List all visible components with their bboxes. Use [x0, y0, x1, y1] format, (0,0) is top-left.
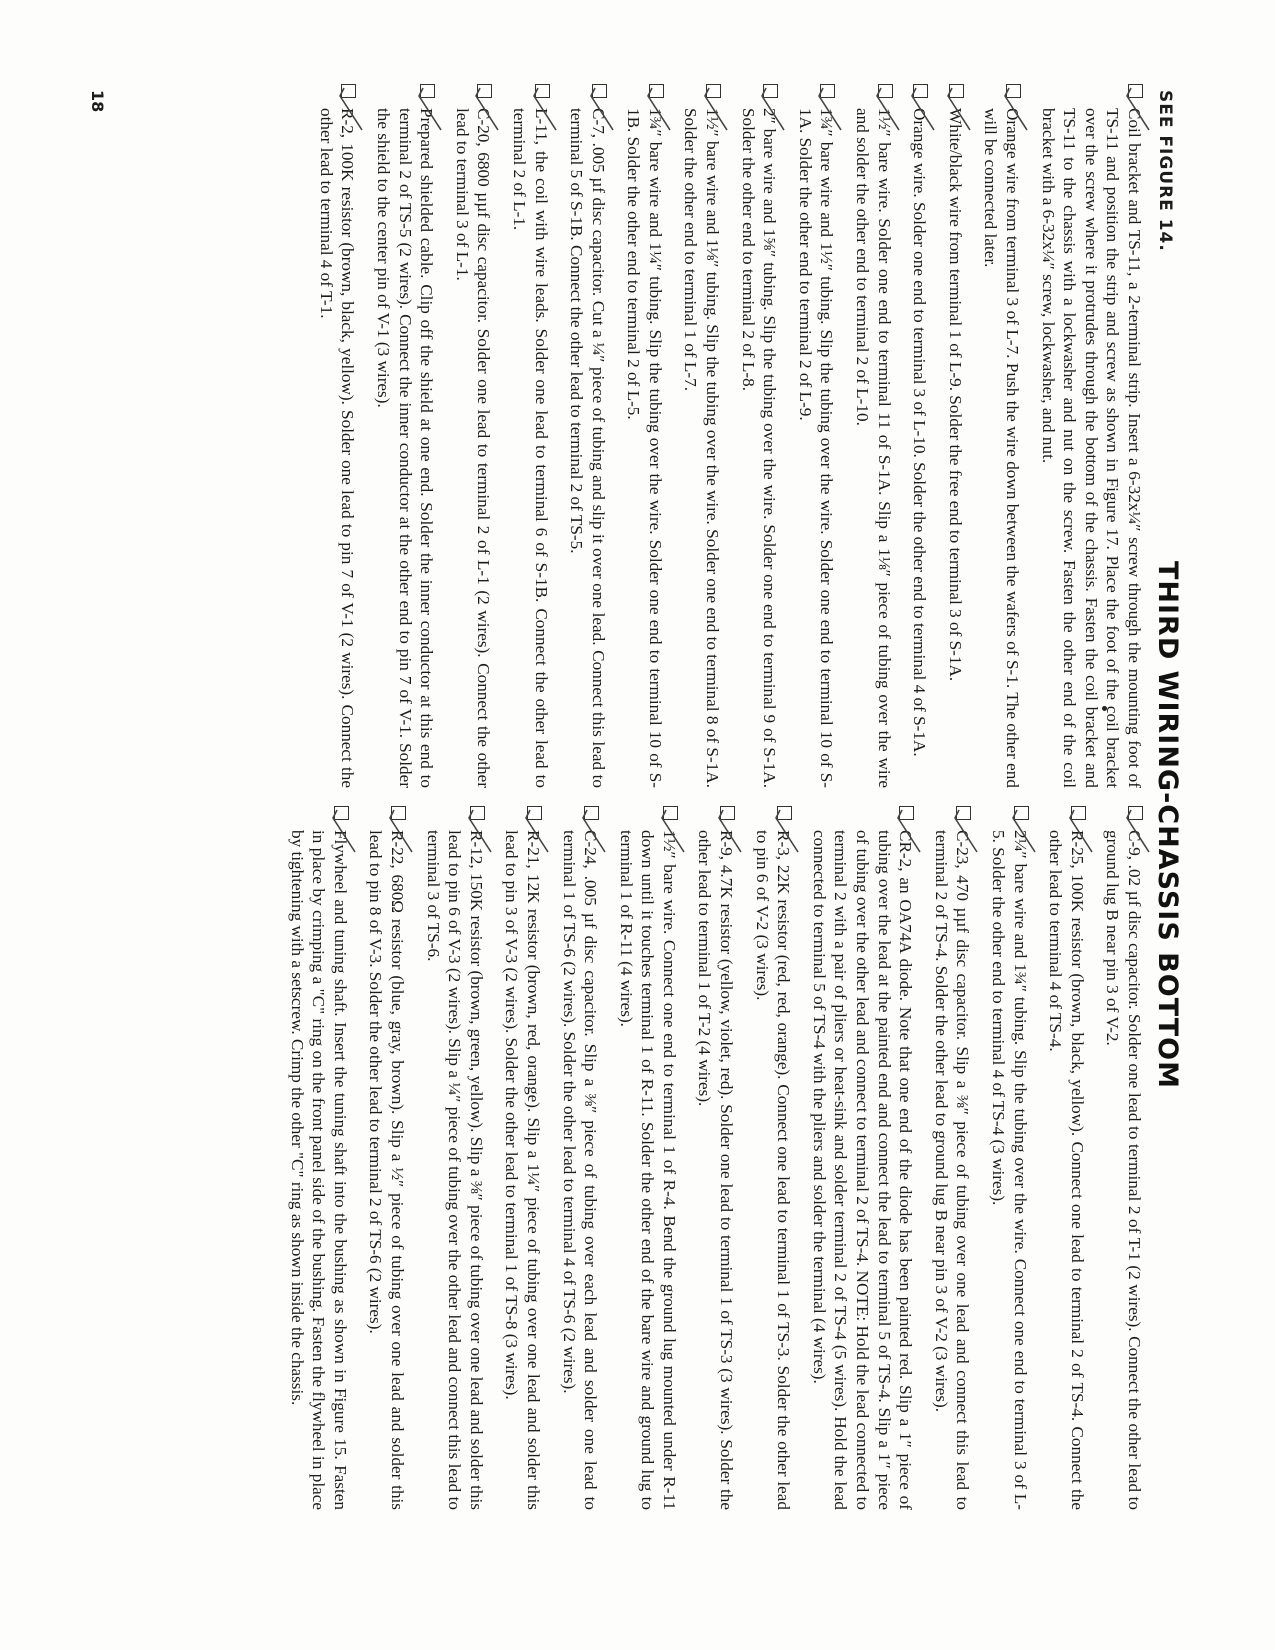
step-item: Orange wire. Solder one end to terminal … [909, 88, 931, 788]
step-text: 1½″ bare wire. Connect one end to termin… [617, 830, 679, 1510]
step-text: C-7, .005 µf disc capacitor. Cut a ¼″ pi… [567, 108, 608, 788]
checkbox[interactable] [1014, 806, 1029, 820]
step-item: Prepared shielded cable. Clip off the sh… [372, 88, 437, 788]
step-item: CR-2, an OA74A diode. Note that one end … [808, 810, 916, 1510]
step-text: R-25, 100K resistor (brown, black, yello… [1046, 830, 1087, 1510]
step-item: 1½″ bare wire. Connect one end to termin… [615, 810, 680, 1510]
checkbox[interactable] [777, 806, 792, 820]
checkbox[interactable] [949, 84, 964, 98]
step-text: R-22, 680Ω resistor (blue, gray, brown).… [366, 830, 407, 1510]
step-item: R-12, 150K resistor (brown, green, yello… [422, 810, 487, 1510]
step-item: R-9, 4.7K resistor (yellow, violet, red)… [694, 810, 737, 1510]
checkbox[interactable] [663, 806, 678, 820]
step-text: 1¾″ bare wire and 1½″ tubing. Slip the t… [796, 108, 837, 788]
checkbox[interactable] [706, 84, 721, 98]
checkbox[interactable] [1071, 806, 1086, 820]
step-text: CR-2, an OA74A diode. Note that one end … [810, 830, 915, 1510]
checkbox[interactable] [584, 806, 599, 820]
checkbox[interactable] [592, 84, 607, 98]
step-item: R-22, 680Ω resistor (blue, gray, brown).… [365, 810, 408, 1510]
step-text: White/black wire from terminal 1 of L-9.… [946, 108, 965, 681]
step-item: Coil bracket and TS-11, a 2-terminal str… [1037, 88, 1145, 788]
checkbox[interactable] [1006, 84, 1021, 98]
checkbox[interactable] [334, 806, 349, 820]
step-item: 1¾″ bare wire and 1¼″ tubing. Slip the t… [623, 88, 666, 788]
step-text: Orange wire from terminal 3 of L-7. Push… [981, 108, 1022, 788]
checkbox[interactable] [535, 84, 550, 98]
step-text: Flywheel and tuning shaft. Insert the tu… [288, 830, 350, 1510]
checkbox[interactable] [956, 806, 971, 820]
checkbox[interactable] [477, 84, 492, 98]
step-item: C-7, .005 µf disc capacitor. Cut a ¼″ pi… [566, 88, 609, 788]
step-text: Coil bracket and TS-11, a 2-terminal str… [1039, 108, 1144, 788]
checkbox[interactable] [420, 84, 435, 98]
step-item: R-2, 100K resistor (brown, black, yellow… [315, 88, 358, 788]
step-item: C-20, 6800 µµf disc capacitor. Solder on… [451, 88, 494, 788]
checkbox[interactable] [878, 84, 893, 98]
checkbox[interactable] [820, 84, 835, 98]
step-text: 2¼″ bare wire and 1¾″ tubing. Slip the t… [989, 830, 1030, 1510]
step-text: Prepared shielded cable. Clip off the sh… [374, 108, 436, 788]
step-item: R-3, 22K resistor (red, red, orange). Co… [751, 810, 794, 1510]
step-text: L-11, the coil with wire leads. Solder o… [510, 108, 551, 788]
step-item: L-11, the coil with wire leads. Solder o… [508, 88, 551, 788]
step-item: Flywheel and tuning shaft. Insert the tu… [286, 810, 351, 1510]
step-item: 2″ bare wire and 1⅝″ tubing. Slip the tu… [737, 88, 780, 788]
step-item: C-23, 470 µµf disc capacitor. Slip a ⅜″ … [930, 810, 973, 1510]
left-column: Coil bracket and TS-11, a 2-terminal str… [301, 88, 1145, 788]
page-number: 18 [88, 90, 107, 112]
step-item: C-24, .005 µf disc capacitor. Slip a ⅜″ … [558, 810, 601, 1510]
checkbox[interactable] [649, 84, 664, 98]
step-text: R-21, 12K resistor (brown, red, orange).… [502, 830, 543, 1510]
step-text: 2″ bare wire and 1⅝″ tubing. Slip the tu… [739, 108, 780, 788]
step-text: Orange wire. Solder one end to terminal … [910, 108, 929, 757]
step-item: 1½″ bare wire and 1⅛″ tubing. Slip the t… [680, 88, 723, 788]
step-item: Orange wire from terminal 3 of L-7. Push… [980, 88, 1023, 788]
step-text: 1½″ bare wire and 1⅛″ tubing. Slip the t… [682, 108, 723, 788]
step-item: 1¾″ bare wire and 1½″ tubing. Slip the t… [794, 88, 837, 788]
checkbox[interactable] [341, 84, 356, 98]
step-item: R-25, 100K resistor (brown, black, yello… [1045, 810, 1088, 1510]
step-text: R-12, 150K resistor (brown, green, yello… [424, 830, 486, 1510]
step-text: R-2, 100K resistor (brown, black, yellow… [317, 108, 358, 788]
step-item: White/black wire from terminal 1 of L-9.… [944, 88, 966, 788]
step-text: C-23, 470 µµf disc capacitor. Slip a ⅜″ … [932, 830, 973, 1510]
step-item: 1½″ bare wire. Solder one end to termina… [851, 88, 894, 788]
step-text: R-9, 4.7K resistor (yellow, violet, red)… [696, 830, 737, 1510]
step-text: 1¾″ bare wire and 1¼″ tubing. Slip the t… [624, 108, 665, 788]
checkbox[interactable] [470, 806, 485, 820]
checkbox[interactable] [899, 806, 914, 820]
checkbox[interactable] [763, 84, 778, 98]
checkbox[interactable] [913, 84, 928, 98]
step-text: R-3, 22K resistor (red, red, orange). Co… [753, 830, 794, 1510]
right-column: C-9, .02 µf disc capacitor. Solder one l… [272, 810, 1145, 1510]
page-frame: THIRD WIRING-CHASSIS BOTTOM SEE FIGURE 1… [0, 0, 1275, 1650]
step-item: C-9, .02 µf disc capacitor. Solder one l… [1102, 810, 1145, 1510]
checkbox[interactable] [1128, 84, 1143, 98]
checkbox[interactable] [527, 806, 542, 820]
checkbox[interactable] [1128, 806, 1143, 820]
manual-page: THIRD WIRING-CHASSIS BOTTOM SEE FIGURE 1… [0, 0, 1275, 1650]
see-figure-note: SEE FIGURE 14. [1155, 90, 1175, 252]
step-text: C-24, .005 µf disc capacitor. Slip a ⅜″ … [560, 830, 601, 1510]
step-item: 2¼″ bare wire and 1¾″ tubing. Slip the t… [987, 810, 1030, 1510]
step-text: C-9, .02 µf disc capacitor. Solder one l… [1103, 830, 1144, 1510]
checkbox[interactable] [391, 806, 406, 820]
step-text: C-20, 6800 µµf disc capacitor. Solder on… [453, 108, 494, 788]
step-text: 1½″ bare wire. Solder one end to termina… [853, 108, 894, 788]
checkbox[interactable] [720, 806, 735, 820]
step-item: R-21, 12K resistor (brown, red, orange).… [501, 810, 544, 1510]
